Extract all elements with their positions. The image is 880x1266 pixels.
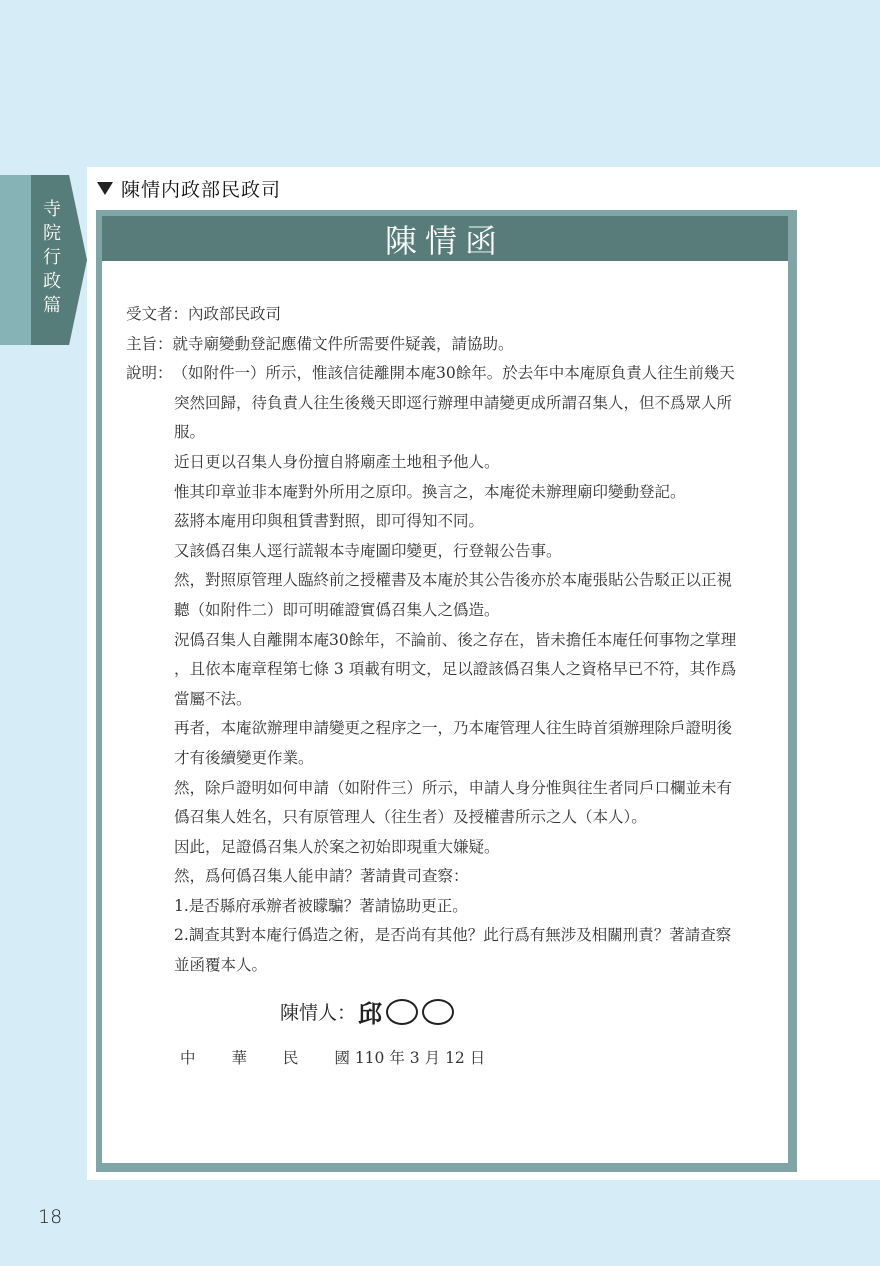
redacted-circle-icon xyxy=(422,999,454,1025)
signature-line: 陳情人： 邱 xyxy=(280,994,454,1029)
section-heading: 陳情内政部民政司 xyxy=(97,175,281,202)
subject-line: 主旨：就寺廟變動登記應備文件所需要件疑義，請協助。 xyxy=(126,330,768,360)
letter-body: 陳情函 受文者：內政部民政司 主旨：就寺廟變動登記應備文件所需要件疑義，請協助。… xyxy=(102,216,788,1163)
chapter-tab-char: 院 xyxy=(35,222,69,246)
paragraph-line: 僞召集人姓名，只有原管理人（往生者）及授權書所示之人（本人）。 xyxy=(126,803,768,833)
letter-content: 受文者：內政部民政司 主旨：就寺廟變動登記應備文件所需要件疑義，請協助。 說明：… xyxy=(126,300,768,981)
paragraph-line: 2.調查其對本庵行僞造之術，是否尚有其他？此行爲有無涉及相關刑責？著請查察 xyxy=(126,921,768,951)
explanation-first-line: 說明：（如附件一）所示，惟該信徒離開本庵30餘年。於去年中本庵原負責人往生前幾天 xyxy=(126,359,768,389)
chapter-tab-label: 寺 院 行 政 篇 xyxy=(35,198,69,318)
paragraph-line: 又該僞召集人逕行謊報本寺庵圖印變更，行登報公告事。 xyxy=(126,537,768,567)
paragraph-line: 因此，足證僞召集人於案之初始即現重大嫌疑。 xyxy=(126,833,768,863)
paragraph-line: 惟其印章並非本庵對外所用之原印。換言之，本庵從未辦理廟印變動登記。 xyxy=(126,478,768,508)
paragraph-line: 然，爲何僞召集人能申請？著請貴司查察： xyxy=(126,862,768,892)
side-tab-strip xyxy=(0,175,31,345)
signature-label: 陳情人： xyxy=(280,998,356,1025)
letter-title: 陳情函 xyxy=(385,216,505,262)
page-number: 18 xyxy=(38,1206,62,1228)
date-day: 12 xyxy=(445,1049,465,1067)
paragraph-line: 然，除戶證明如何申請（如附件三）所示，申請人身分惟與往生者同戶口欄並未有 xyxy=(126,774,768,804)
paragraph-line: 當屬不法。 xyxy=(126,685,768,715)
date-day-unit: 日 xyxy=(470,1049,486,1067)
date-year: 110 xyxy=(355,1049,385,1067)
paragraph-line: 近日更以召集人身份擅自將廟產土地租予他人。 xyxy=(126,448,768,478)
date-month-unit: 月 xyxy=(425,1049,441,1067)
chapter-tab-char: 寺 xyxy=(35,198,69,222)
paragraph-line: 並函覆本人。 xyxy=(126,951,768,981)
explanation-text: （如附件一）所示，惟該信徒離開本庵30餘年。於去年中本庵原負責人往生前幾天 xyxy=(173,364,735,382)
chapter-tab-char: 篇 xyxy=(35,294,69,318)
explanation-label: 說明： xyxy=(126,359,173,389)
paragraph-line: 然，對照原管理人臨終前之授權書及本庵於其公告後亦於本庵張貼公告駁正以正視 xyxy=(126,566,768,596)
paragraph-line: 聽（如附件二）即可明確證實僞召集人之僞造。 xyxy=(126,596,768,626)
date-year-unit: 年 xyxy=(389,1049,405,1067)
date-line: 中 華 民 國 110 年 3 月 12 日 xyxy=(180,1046,485,1068)
paragraph-line: 茲將本庵用印與租賃書對照，即可得知不同。 xyxy=(126,507,768,537)
paragraph-line: 1.是否縣府承辦者被矇騙？著請協助更正。 xyxy=(126,892,768,922)
section-heading-text: 陳情内政部民政司 xyxy=(121,175,281,202)
redacted-circle-icon xyxy=(386,999,418,1025)
date-era-char: 國 xyxy=(334,1049,350,1067)
recipient-line: 受文者：內政部民政司 xyxy=(126,300,768,330)
signature-surname: 邱 xyxy=(358,994,382,1029)
chapter-tab-char: 行 xyxy=(35,246,69,270)
triangle-down-icon xyxy=(97,182,113,195)
paragraph-line: 服。 xyxy=(126,418,768,448)
paragraph-line: 突然回歸，待負責人往生後幾天即逕行辦理申請變更成所謂召集人，但不爲眾人所 xyxy=(126,389,768,419)
chapter-tab-char: 政 xyxy=(35,270,69,294)
paragraph-line: 況僞召集人自離開本庵30餘年，不論前、後之存在，皆未擔任本庵任何事物之掌理 xyxy=(126,626,768,656)
letter-frame: 陳情函 受文者：內政部民政司 主旨：就寺廟變動登記應備文件所需要件疑義，請協助。… xyxy=(96,210,797,1172)
letter-title-bar: 陳情函 xyxy=(102,216,788,261)
date-era-char: 華 xyxy=(231,1049,247,1067)
paragraph-line: ，且依本庵章程第七條 3 項載有明文，足以證該僞召集人之資格早已不符，其作爲 xyxy=(126,655,768,685)
date-era-char: 民 xyxy=(283,1049,299,1067)
date-era-char: 中 xyxy=(180,1049,196,1067)
date-month: 3 xyxy=(410,1049,420,1067)
paragraph-line: 才有後續變更作業。 xyxy=(126,744,768,774)
paragraph-line: 再者，本庵欲辦理申請變更之程序之一，乃本庵管理人往生時首須辦理除戶證明後 xyxy=(126,714,768,744)
